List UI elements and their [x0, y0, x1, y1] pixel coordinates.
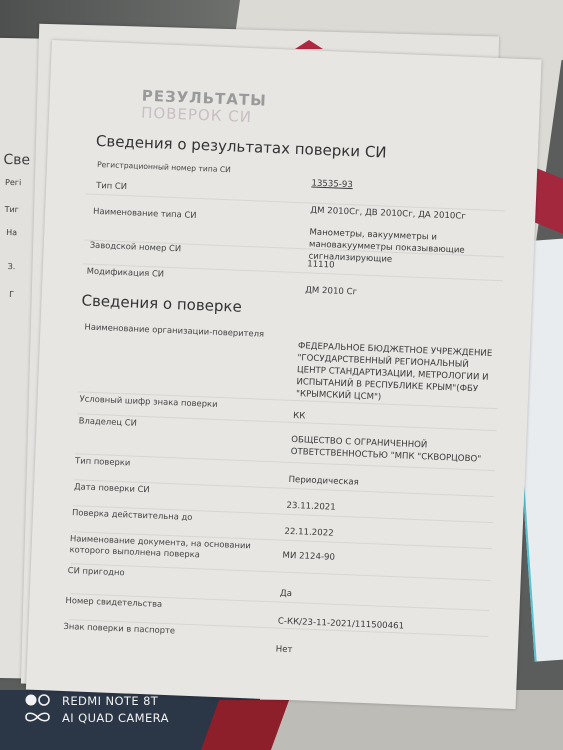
fragment: Тиг	[5, 205, 19, 214]
brand-line-2: ПОВЕРОК СИ	[141, 105, 267, 127]
row-value: Нет	[275, 643, 292, 656]
fragment: З.	[8, 262, 16, 271]
red-folder-tip	[295, 40, 323, 49]
row-value: МИ 2124-90	[282, 550, 335, 564]
camera-dots-infinity-icon	[24, 693, 52, 727]
row-label: Наименование типа СИ	[93, 206, 197, 220]
row-value: 11110	[307, 258, 335, 271]
row-value: 22.11.2022	[284, 526, 334, 540]
row-value: Да	[280, 588, 292, 600]
row-label: Наименование организации-поверителя	[84, 322, 264, 339]
fragment: Све	[3, 152, 30, 168]
verification-results-sheet: РЕЗУЛЬТАТЫ ПОВЕРОК СИ Сведения о результ…	[26, 40, 542, 709]
row-value: 23.11.2021	[286, 500, 336, 514]
row-label: Дата поверки СИ	[74, 481, 150, 494]
row-label: Тип поверки	[75, 455, 131, 467]
watermark-model: REDMI NOTE 8T	[62, 693, 169, 710]
divider	[71, 563, 491, 581]
row-label: СИ пригодно	[68, 565, 125, 577]
row-value: КК	[293, 410, 306, 422]
row-label: Владелец СИ	[79, 415, 138, 427]
fragment: Регі	[5, 178, 21, 187]
section-title-results: Сведения о результатах поверки СИ	[96, 132, 387, 162]
row-label: Тип СИ	[96, 180, 127, 191]
row-label: Регистрационный номер типа СИ	[97, 160, 231, 174]
fragment: Г	[9, 290, 14, 299]
registration-number-link[interactable]: 13535-93	[311, 178, 353, 192]
brand-logo: РЕЗУЛЬТАТЫ ПОВЕРОК СИ	[141, 88, 267, 127]
row-value: ОБЩЕСТВО С ОГРАНИЧЕННОЙ ОТВЕТСТВЕННОСТЬЮ…	[290, 434, 491, 466]
divider	[77, 413, 497, 431]
row-label: Модификация СИ	[87, 266, 165, 279]
row-value: ДМ 2010 Сг	[305, 284, 357, 298]
row-value: ФЕДЕРАЛЬНОЕ БЮДЖЕТНОЕ УЧРЕЖДЕНИЕ "ГОСУДА…	[296, 340, 498, 408]
watermark-camera: AI QUAD CAMERA	[62, 710, 169, 727]
fragment: На	[6, 228, 17, 237]
section-title-verification: Сведения о поверке	[81, 291, 242, 315]
row-value: Периодическая	[288, 474, 359, 489]
row-label: Заводской номер СИ	[90, 240, 182, 254]
